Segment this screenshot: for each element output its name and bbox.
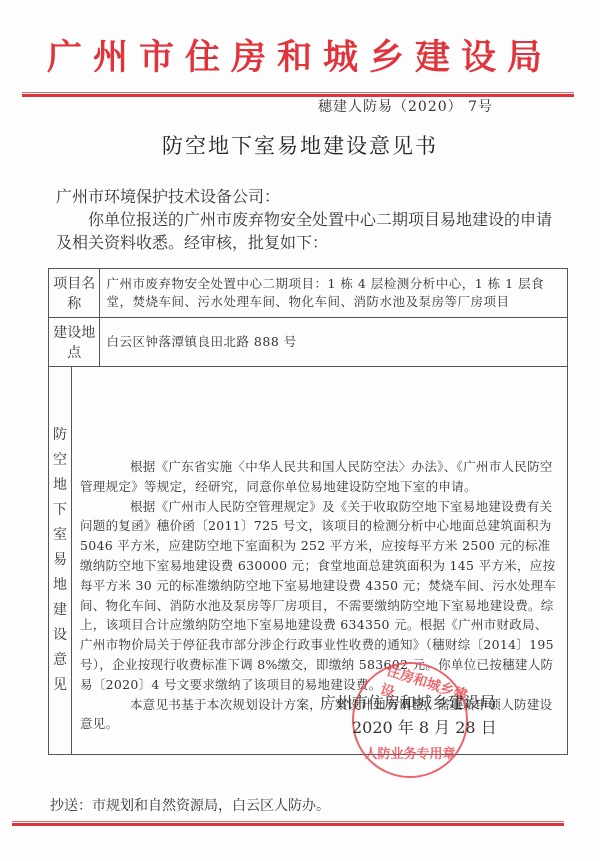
document-title: 防空地下室易地建设意见书 <box>0 130 600 160</box>
location-value: 白云区钟落潭镇良田北路 888 号 <box>100 318 568 367</box>
seal-bottom-text: 人防业务专用章 <box>360 743 460 762</box>
opinion-paragraph: 根据《广东省实施〈中华人民共和国人民防空法〉办法》、《广州市人民防空管理规定》等… <box>80 457 557 497</box>
location-label: 建设地点 <box>49 318 100 367</box>
project-name-label: 项目名称 <box>49 269 100 318</box>
signature-block: 广州市住房和城乡建设局 2020 年 8 月 28 日 <box>320 690 497 740</box>
cc-line: 抄送：市规划和自然资源局，白云区人防办。 <box>50 795 330 815</box>
document-number: 穗建人防易（2020） 7号 <box>318 96 493 116</box>
project-name-value: 广州市废弃物安全处置中心二期项目：1 栋 4 层检测分析中心，1 栋 1 层食堂… <box>100 269 568 318</box>
opinion-paragraph: 根据《广州市人民防空管理规定》及《关于收取防空地下室易地建设费有关问题的复函》穗… <box>80 497 557 695</box>
opinion-label: 防 空 地 下 室 易 地 建 设 意 见 <box>49 367 72 755</box>
footer-divider <box>12 821 564 826</box>
agency-header: 广州市住房和城乡建设局 <box>0 30 600 80</box>
recipient: 广州市环境保护技术设备公司： <box>56 184 280 207</box>
project-info-table: 项目名称 广州市废弃物安全处置中心二期项目：1 栋 4 层检测分析中心，1 栋 … <box>48 268 568 755</box>
intro-paragraph: 你单位报送的广州市废弃物安全处置中心二期项目易地建设的申请及相关资料收悉。经审核… <box>56 208 556 254</box>
table-row: 项目名称 广州市废弃物安全处置中心二期项目：1 栋 4 层检测分析中心，1 栋 … <box>49 269 568 318</box>
issue-date: 2020 年 8 月 28 日 <box>320 715 497 740</box>
issuer-name: 广州市住房和城乡建设局 <box>320 690 497 715</box>
table-row: 建设地点 白云区钟落潭镇良田北路 888 号 <box>49 318 568 367</box>
